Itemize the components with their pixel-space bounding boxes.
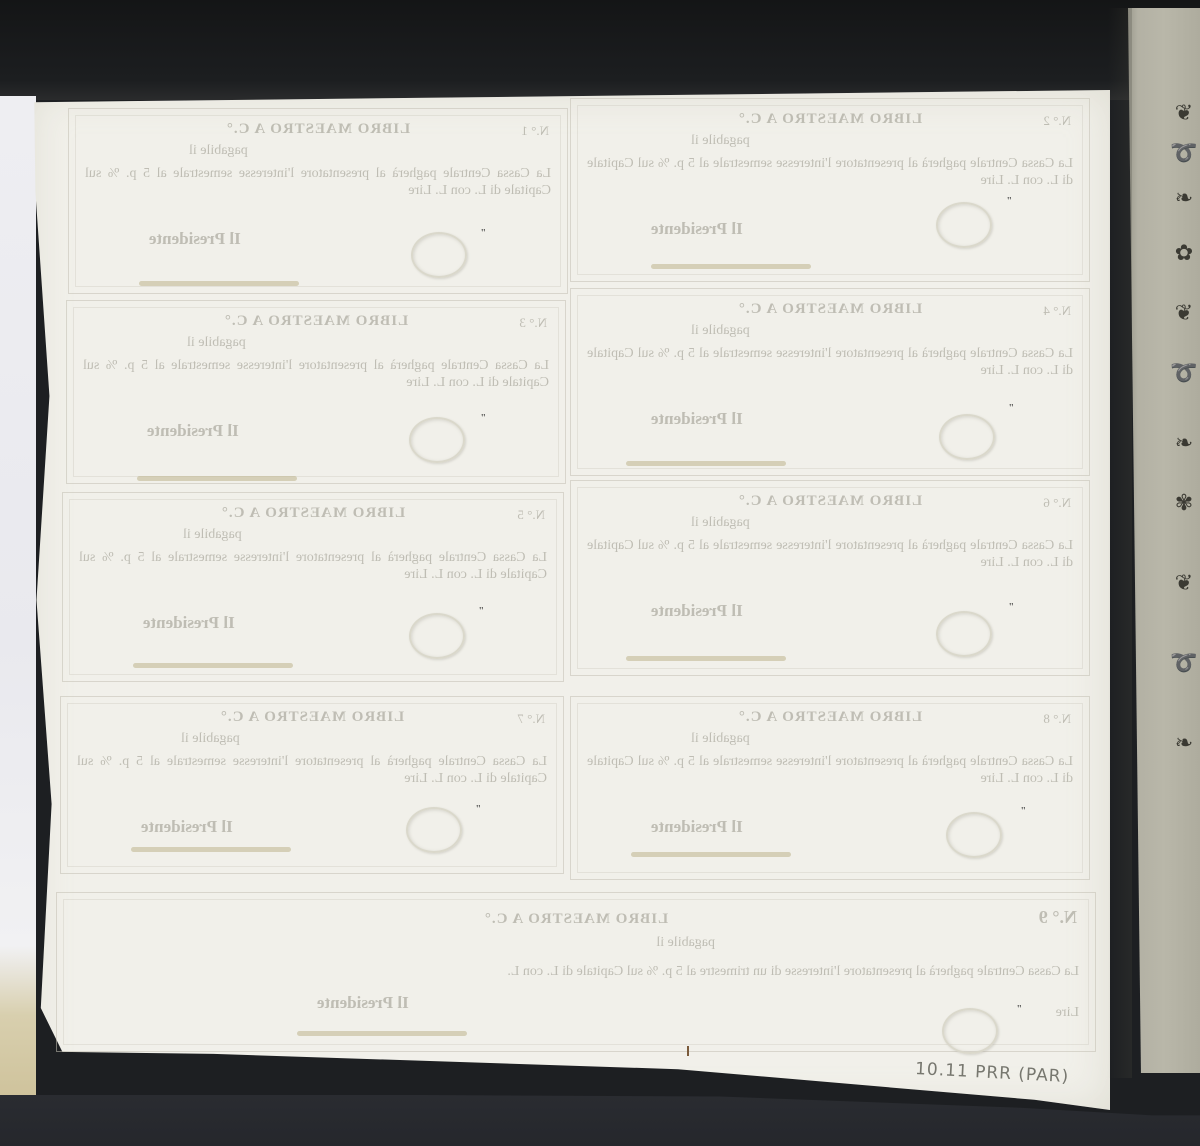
ornament-icon: ➰ bbox=[1170, 648, 1198, 678]
ink-tick-mark: " bbox=[476, 803, 481, 815]
embossed-seal-icon bbox=[411, 232, 467, 278]
ink-speck bbox=[687, 1046, 689, 1056]
signature-stain bbox=[631, 852, 791, 857]
coupon-payable: pagabile il bbox=[691, 731, 750, 747]
coupon-body: La Cassa Centrale pagherà al presentator… bbox=[77, 753, 547, 787]
coupon-president: Il Presidente bbox=[141, 817, 233, 837]
coupon-president: Il Presidente bbox=[149, 229, 241, 249]
signature-stain bbox=[626, 461, 786, 466]
signature-stain bbox=[133, 663, 293, 668]
embossed-seal-icon bbox=[409, 417, 465, 463]
coupon-payable: pagabile il bbox=[691, 515, 750, 531]
embossed-seal-icon bbox=[936, 611, 992, 657]
coupon-wide-bottom: N.° 9 LIBRO MAESTRO A C.° pagabile il La… bbox=[56, 892, 1096, 1052]
coupon-title: LIBRO MAESTRO A C.° bbox=[571, 709, 1089, 726]
ornament-icon: ❦ bbox=[1170, 298, 1198, 328]
coupon-body: La Cassa Centrale pagherà al presentator… bbox=[73, 963, 1079, 980]
coupon-payable: pagabile il bbox=[691, 323, 750, 339]
coupon-title: LIBRO MAESTRO A C.° bbox=[571, 493, 1089, 510]
ink-tick-mark: " bbox=[1017, 1003, 1022, 1015]
ink-tick-mark: " bbox=[1009, 601, 1014, 613]
signature-stain bbox=[139, 281, 299, 286]
decorated-spine-strip: ❦ ➰ ❧ ✿ ❦ ➰ ❧ ✾ ❦ ➰ ❧ bbox=[1128, 8, 1200, 1073]
coupon-lire: Lire bbox=[1056, 1005, 1079, 1021]
ink-tick-mark: " bbox=[481, 412, 486, 424]
ornament-icon: ❧ bbox=[1170, 428, 1198, 458]
coupon-payable: pagabile il bbox=[181, 731, 240, 747]
coupon-title: LIBRO MAESTRO A C.° bbox=[67, 313, 565, 330]
coupon-payable: pagabile il bbox=[187, 335, 246, 351]
ink-tick-mark: " bbox=[1021, 805, 1026, 817]
ornament-icon: ❧ bbox=[1170, 728, 1198, 758]
coupon-president: Il Presidente bbox=[143, 613, 235, 633]
embossed-seal-icon bbox=[942, 1008, 998, 1054]
coupon-body: La Cassa Centrale pagherà al presentator… bbox=[587, 345, 1073, 379]
embossed-seal-icon bbox=[409, 613, 465, 659]
coupon-row1-left: N.° 1 LIBRO MAESTRO A C.° pagabile il La… bbox=[68, 108, 568, 294]
coupon-body: La Cassa Centrale pagherà al presentator… bbox=[85, 165, 551, 199]
coupon-title: LIBRO MAESTRO A C.° bbox=[571, 301, 1089, 318]
coupon-row4-left: N.° 7 LIBRO MAESTRO A C.° pagabile il La… bbox=[60, 696, 564, 874]
embossed-seal-icon bbox=[936, 202, 992, 248]
ink-tick-mark: " bbox=[1009, 402, 1014, 414]
coupon-body: La Cassa Centrale pagherà al presentator… bbox=[587, 155, 1073, 189]
coupon-row4-right: N.° 8 LIBRO MAESTRO A C.° pagabile il La… bbox=[570, 696, 1090, 880]
coupon-row3-right: N.° 6 LIBRO MAESTRO A C.° pagabile il La… bbox=[570, 480, 1090, 676]
signature-stain bbox=[137, 476, 297, 481]
signature-stain bbox=[626, 656, 786, 661]
black-frame-top bbox=[0, 0, 1200, 100]
coupon-body: La Cassa Centrale pagherà al presentator… bbox=[79, 549, 547, 583]
coupon-row2-left: N.° 3 LIBRO MAESTRO A C.° pagabile il La… bbox=[66, 300, 566, 484]
embossed-seal-icon bbox=[946, 812, 1002, 858]
ornament-icon: ➰ bbox=[1170, 138, 1198, 168]
ornament-icon: ✿ bbox=[1170, 238, 1198, 268]
coupon-title: LIBRO MAESTRO A C.° bbox=[63, 505, 563, 522]
coupon-title: LIBRO MAESTRO A C.° bbox=[57, 911, 1095, 928]
ink-tick-mark: " bbox=[481, 227, 486, 239]
signature-stain bbox=[297, 1031, 467, 1036]
coupon-body: La Cassa Centrale pagherà al presentator… bbox=[587, 537, 1073, 571]
coupon-title: LIBRO MAESTRO A C.° bbox=[61, 709, 563, 726]
coupon-title: LIBRO MAESTRO A C.° bbox=[69, 121, 567, 138]
black-frame-bottom bbox=[0, 1095, 1200, 1146]
signature-stain bbox=[651, 264, 811, 269]
coupon-body: La Cassa Centrale pagherà al presentator… bbox=[587, 753, 1073, 787]
signature-stain bbox=[131, 847, 291, 852]
coupon-president: Il Presidente bbox=[651, 817, 743, 837]
ink-tick-mark: " bbox=[479, 605, 484, 617]
coupon-row3-left: N.° 5 LIBRO MAESTRO A C.° pagabile il La… bbox=[62, 492, 564, 682]
coupon-row1-right: N.° 2 LIBRO MAESTRO A C.° pagabile il La… bbox=[570, 98, 1090, 282]
coupon-payable: pagabile il bbox=[189, 143, 248, 159]
coupon-president: Il Presidente bbox=[317, 993, 409, 1013]
coupon-body: La Cassa Centrale pagherà al presentator… bbox=[83, 357, 549, 391]
coupon-title: LIBRO MAESTRO A C.° bbox=[571, 111, 1089, 128]
glass-reflection-left bbox=[0, 96, 36, 1096]
ornament-icon: ❦ bbox=[1170, 568, 1198, 598]
coupon-payable: pagabile il bbox=[691, 133, 750, 149]
coupon-president: Il Presidente bbox=[651, 219, 743, 239]
coupon-president: Il Presidente bbox=[147, 421, 239, 441]
coupon-row2-right: N.° 4 LIBRO MAESTRO A C.° pagabile il La… bbox=[570, 288, 1090, 476]
embossed-seal-icon bbox=[939, 414, 995, 460]
ink-tick-mark: " bbox=[1007, 195, 1012, 207]
coupon-president: Il Presidente bbox=[651, 601, 743, 621]
ornament-icon: ❧ bbox=[1170, 183, 1198, 213]
ornament-icon: ✾ bbox=[1170, 488, 1198, 518]
ornament-icon: ❦ bbox=[1170, 98, 1198, 128]
coupon-president: Il Presidente bbox=[651, 409, 743, 429]
coupon-payable: pagabile il bbox=[656, 935, 715, 951]
fold-shadow bbox=[1108, 8, 1132, 1078]
ornament-icon: ➰ bbox=[1170, 358, 1198, 388]
coupon-payable: pagabile il bbox=[183, 527, 242, 543]
embossed-seal-icon bbox=[406, 807, 462, 853]
